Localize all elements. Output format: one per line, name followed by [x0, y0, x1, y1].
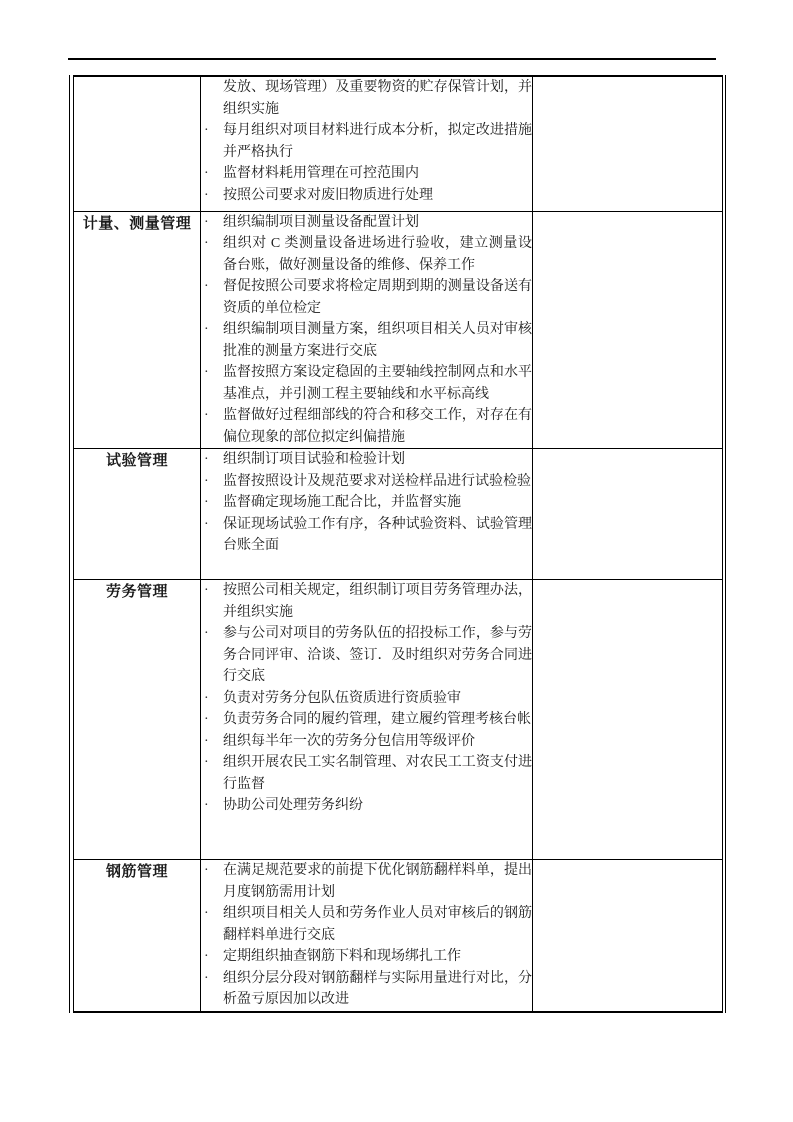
- category-label: 钢筋管理: [106, 864, 168, 880]
- category-label: 劳务管理: [106, 584, 168, 600]
- duty-item: ·负责对劳务分包队伍资质进行资质验审: [201, 688, 532, 710]
- bullet-marker-icon: ·: [204, 185, 209, 207]
- category-label: 计量、测量管理: [83, 216, 192, 232]
- duty-item-text: 组织编制项目测量方案，组织项目相关人员对审核批准的测量方案进行交底: [223, 322, 532, 359]
- duty-item-text: 组织制订项目试验和检验计划: [223, 452, 405, 467]
- duties-table: 发放、现场管理）及重要物资的贮存保管计划，并组织实施·每月组织对项目材料进行成本…: [69, 75, 726, 1013]
- table-row: 试验管理 ·组织制订项目试验和检验计划·监督按照设计及规范要求对送检样品进行试验…: [74, 449, 723, 580]
- duty-item: ·参与公司对项目的劳务队伍的招投标工作，参与劳务合同评审、洽谈、签订．及时组织对…: [201, 623, 532, 688]
- duty-item: ·监督按照设计及规范要求对送检样品进行试验检验: [201, 471, 532, 493]
- duty-item-text: 组织开展农民工实名制管理、对农民工工资支付进行监督: [223, 755, 532, 792]
- bullet-marker-icon: ·: [204, 580, 209, 602]
- remarks-cell: [533, 860, 723, 1012]
- duty-item: ·监督材料耗用管理在可控范围内: [201, 163, 532, 185]
- duty-item: 发放、现场管理）及重要物资的贮存保管计划，并组织实施: [201, 77, 532, 120]
- bullet-marker-icon: ·: [204, 514, 209, 536]
- duty-item-text: 监督材料耗用管理在可控范围内: [223, 166, 419, 181]
- bullet-marker-icon: ·: [204, 903, 209, 925]
- bullet-marker-icon: ·: [204, 319, 209, 341]
- duty-item: ·保证现场试验工作有序，各种试验资料、试验管理台账全面: [201, 514, 532, 557]
- duty-item-text: 保证现场试验工作有序，各种试验资料、试验管理台账全面: [223, 517, 532, 554]
- duty-item: ·负责劳务合同的履约管理，建立履约管理考核台帐: [201, 709, 532, 731]
- duty-item-text: 协助公司处理劳务纠纷: [223, 798, 363, 813]
- bullet-marker-icon: ·: [204, 233, 209, 255]
- duty-item-text: 组织分层分段对钢筋翻样与实际用量进行对比，分析盈亏原因加以改进: [223, 971, 532, 1008]
- category-cell: 计量、测量管理: [74, 211, 201, 449]
- document-page: 发放、现场管理）及重要物资的贮存保管计划，并组织实施·每月组织对项目材料进行成本…: [0, 0, 793, 1122]
- duty-item-text: 监督按照设计及规范要求对送检样品进行试验检验: [223, 474, 531, 489]
- duty-item: ·按照公司要求对废旧物质进行处理: [201, 185, 532, 207]
- duties-cell: ·组织编制项目测量设备配置计划·组织对 C 类测量设备进场进行验收，建立测量设备…: [201, 211, 533, 449]
- bullet-marker-icon: ·: [204, 795, 209, 817]
- remarks-cell: [533, 580, 723, 860]
- duty-item-text: 每月组织对项目材料进行成本分析，拟定改进措施并严格执行: [223, 123, 532, 160]
- duty-item: ·组织制订项目试验和检验计划: [201, 449, 532, 471]
- category-label: 试验管理: [106, 453, 168, 469]
- bullet-marker-icon: ·: [204, 276, 209, 298]
- category-cell: 钢筋管理: [74, 860, 201, 1012]
- bullet-marker-icon: ·: [204, 471, 209, 493]
- bullet-marker-icon: ·: [204, 946, 209, 968]
- bullet-marker-icon: ·: [204, 405, 209, 427]
- duty-item: ·在满足规范要求的前提下优化钢筋翻样料单，提出月度钢筋需用计划: [201, 860, 532, 903]
- duty-item-text: 参与公司对项目的劳务队伍的招投标工作，参与劳务合同评审、洽谈、签订．及时组织对劳…: [223, 626, 532, 684]
- bullet-marker-icon: ·: [204, 731, 209, 753]
- duty-item: ·监督按照方案设定稳固的主要轴线控制网点和水平基准点，并引测工程主要轴线和水平标…: [201, 362, 532, 405]
- bullet-marker-icon: ·: [204, 212, 209, 234]
- category-cell: 试验管理: [74, 449, 201, 580]
- duty-item-text: 监督做好过程细部线的符合和移交工作，对存在有偏位现象的部位拟定纠偏措施: [223, 408, 532, 445]
- bullet-marker-icon: ·: [204, 752, 209, 774]
- bullet-marker-icon: ·: [204, 492, 209, 514]
- duty-item: ·每月组织对项目材料进行成本分析，拟定改进措施并严格执行: [201, 120, 532, 163]
- duty-item-text: 监督按照方案设定稳固的主要轴线控制网点和水平基准点，并引测工程主要轴线和水平标高…: [223, 365, 532, 402]
- remarks-cell: [533, 76, 723, 211]
- duty-item-text: 组织每半年一次的劳务分包信用等级评价: [223, 734, 475, 749]
- remarks-cell: [533, 449, 723, 580]
- bullet-marker-icon: ·: [204, 709, 209, 731]
- bullet-marker-icon: ·: [204, 449, 209, 471]
- bullet-marker-icon: ·: [204, 688, 209, 710]
- duty-item: ·组织每半年一次的劳务分包信用等级评价: [201, 731, 532, 753]
- bullet-marker-icon: ·: [204, 362, 209, 384]
- table-row: 钢筋管理 ·在满足规范要求的前提下优化钢筋翻样料单，提出月度钢筋需用计划·组织项…: [74, 860, 723, 1012]
- duty-item: ·组织对 C 类测量设备进场进行验收，建立测量设备台账，做好测量设备的维修、保养…: [201, 233, 532, 276]
- duties-cell: 发放、现场管理）及重要物资的贮存保管计划，并组织实施·每月组织对项目材料进行成本…: [201, 76, 533, 211]
- duty-item-text: 负责对劳务分包队伍资质进行资质验审: [223, 691, 461, 706]
- duty-item: ·协助公司处理劳务纠纷: [201, 795, 532, 817]
- duty-item-text: 按照公司相关规定，组织制订项目劳务管理办法，并组织实施: [223, 583, 532, 620]
- page-header-rule: [68, 58, 716, 60]
- duty-item: ·监督做好过程细部线的符合和移交工作，对存在有偏位现象的部位拟定纠偏措施: [201, 405, 532, 448]
- duty-item-text: 定期组织抽查钢筋下料和现场绑扎工作: [223, 949, 461, 964]
- duty-item-text: 组织项目相关人员和劳务作业人员对审核后的钢筋翻样料单进行交底: [223, 906, 532, 943]
- bullet-marker-icon: ·: [204, 623, 209, 645]
- duty-item-text: 组织编制项目测量设备配置计划: [223, 215, 419, 230]
- duty-item: ·按照公司相关规定，组织制订项目劳务管理办法，并组织实施: [201, 580, 532, 623]
- duties-cell: ·组织制订项目试验和检验计划·监督按照设计及规范要求对送检样品进行试验检验·监督…: [201, 449, 533, 580]
- duty-item-text: 负责劳务合同的履约管理，建立履约管理考核台帐: [223, 712, 531, 727]
- duty-item-text: 督促按照公司要求将检定周期到期的测量设备送有资质的单位检定: [223, 279, 532, 316]
- table-row: 劳务管理 ·按照公司相关规定，组织制订项目劳务管理办法，并组织实施·参与公司对项…: [74, 580, 723, 860]
- duty-item: ·监督确定现场施工配合比，并监督实施: [201, 492, 532, 514]
- duties-table-grid: 发放、现场管理）及重要物资的贮存保管计划，并组织实施·每月组织对项目材料进行成本…: [73, 75, 723, 1013]
- duty-item-text: 发放、现场管理）及重要物资的贮存保管计划，并组织实施: [223, 80, 532, 117]
- bullet-marker-icon: ·: [204, 968, 209, 990]
- duty-item-text: 按照公司要求对废旧物质进行处理: [223, 188, 433, 203]
- bullet-marker-icon: ·: [204, 163, 209, 185]
- duty-item-text: 组织对 C 类测量设备进场进行验收，建立测量设备台账，做好测量设备的维修、保养工…: [223, 236, 532, 273]
- duty-item: ·组织编制项目测量设备配置计划: [201, 212, 532, 234]
- duty-item: ·组织编制项目测量方案，组织项目相关人员对审核批准的测量方案进行交底: [201, 319, 532, 362]
- category-cell: 劳务管理: [74, 580, 201, 860]
- duty-item-text: 在满足规范要求的前提下优化钢筋翻样料单，提出月度钢筋需用计划: [223, 863, 532, 900]
- duties-cell: ·按照公司相关规定，组织制订项目劳务管理办法，并组织实施·参与公司对项目的劳务队…: [201, 580, 533, 860]
- table-row: 发放、现场管理）及重要物资的贮存保管计划，并组织实施·每月组织对项目材料进行成本…: [74, 76, 723, 211]
- duty-item: ·组织开展农民工实名制管理、对农民工工资支付进行监督: [201, 752, 532, 795]
- category-cell: [74, 76, 201, 211]
- duty-item: ·组织项目相关人员和劳务作业人员对审核后的钢筋翻样料单进行交底: [201, 903, 532, 946]
- duties-cell: ·在满足规范要求的前提下优化钢筋翻样料单，提出月度钢筋需用计划·组织项目相关人员…: [201, 860, 533, 1012]
- duty-item: ·定期组织抽查钢筋下料和现场绑扎工作: [201, 946, 532, 968]
- remarks-cell: [533, 211, 723, 449]
- duty-item-text: 监督确定现场施工配合比，并监督实施: [223, 495, 461, 510]
- bullet-marker-icon: ·: [204, 120, 209, 142]
- duty-item: ·组织分层分段对钢筋翻样与实际用量进行对比，分析盈亏原因加以改进: [201, 968, 532, 1011]
- duty-item: ·督促按照公司要求将检定周期到期的测量设备送有资质的单位检定: [201, 276, 532, 319]
- table-row: 计量、测量管理 ·组织编制项目测量设备配置计划·组织对 C 类测量设备进场进行验…: [74, 211, 723, 449]
- bullet-marker-icon: ·: [204, 860, 209, 882]
